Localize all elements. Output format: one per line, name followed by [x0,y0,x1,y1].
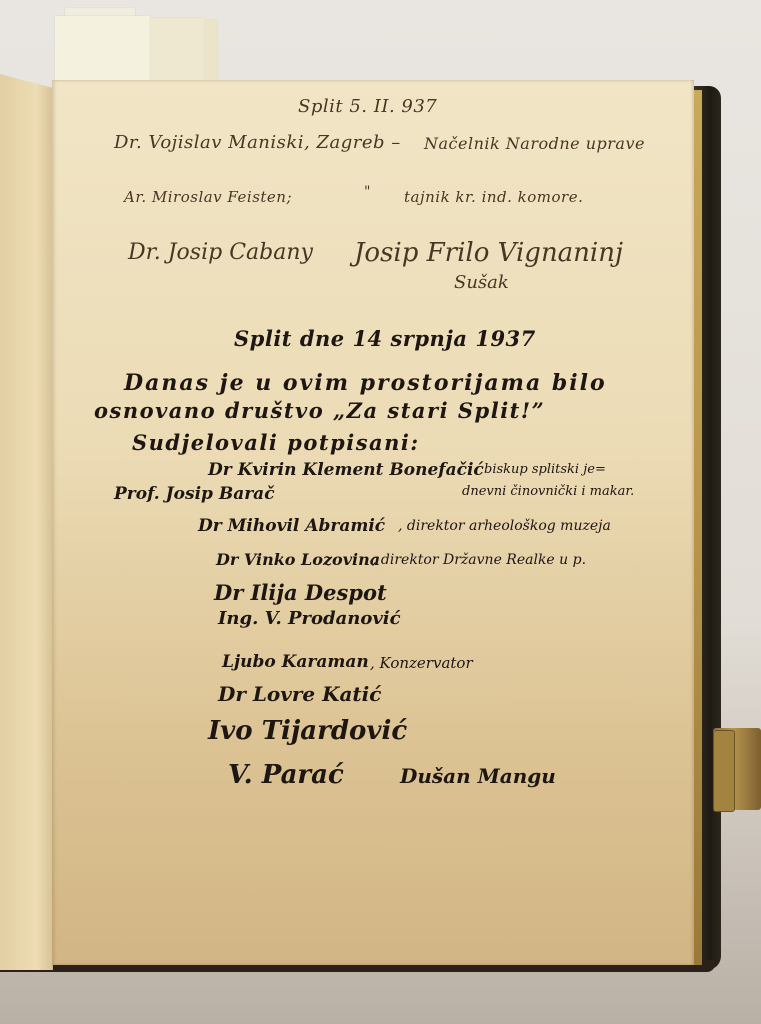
index-cards [55,8,220,86]
signature-place-susak: Sušak [454,272,509,293]
signature-vignaninj: Josip Frilo Vignaninj [354,238,623,268]
signatory-note: dnevni činovnički i makar. [462,484,634,499]
signatory-name: Dušan Mangu [400,764,556,788]
entry1-line1-left: Dr. Vojislav Maniski, Zagreb – [114,132,401,153]
entry1-line2-left: Ar. Miroslav Feisten; [124,188,292,206]
entry1-line1-right: Načelnik Narodne uprave [424,134,645,153]
signatory-note: , Konzervator [370,654,473,672]
entry1-heading: Split 5. II. 937 [298,96,437,117]
signatory-name: Prof. Josip Barač [114,484,275,504]
signatory-note: , direktor arheološkog muzeja [398,518,611,534]
signatory-name: Dr Lovre Katić [218,682,381,706]
signatory-name: V. Parać [228,760,344,790]
signatory-name: Ing. V. Prodanović [218,608,401,629]
entry2-heading: Split dne 14 srpnja 1937 [234,326,536,351]
signatory-name: Ljubo Karaman [222,652,369,672]
signatory-note: biskup splitski je= [484,462,606,477]
signatory-name: Dr Kvirin Klement Bonefačić [208,460,484,480]
entry1-line2-right: tajnik kr. ind. komore. [404,188,583,206]
right-page: Split 5. II. 937 Dr. Vojislav Maniski, Z… [52,80,694,965]
signature-cabany: Dr. Josip Cabany [128,240,313,265]
signatory-note: , direktor Državne Realke u p. [372,552,586,568]
left-page [0,74,53,970]
signatory-name: Dr Ilija Despot [214,580,387,605]
signatory-name: Dr Vinko Lozovina [216,550,380,569]
entry2-body-line2: osnovano društvo „Za stari Split!” [94,398,545,423]
signatory-name: Ivo Tijardović [208,716,407,746]
entry2-body-line1: Danas je u ovim prostorijama bilo [124,370,607,396]
signatory-name: Dr Mihovil Abramić [198,516,385,536]
brass-clasp-plate [713,730,735,812]
entry1-line2-ditto: " [364,184,371,200]
entry2-body-line3: Sudjelovali potpisani: [132,430,420,455]
